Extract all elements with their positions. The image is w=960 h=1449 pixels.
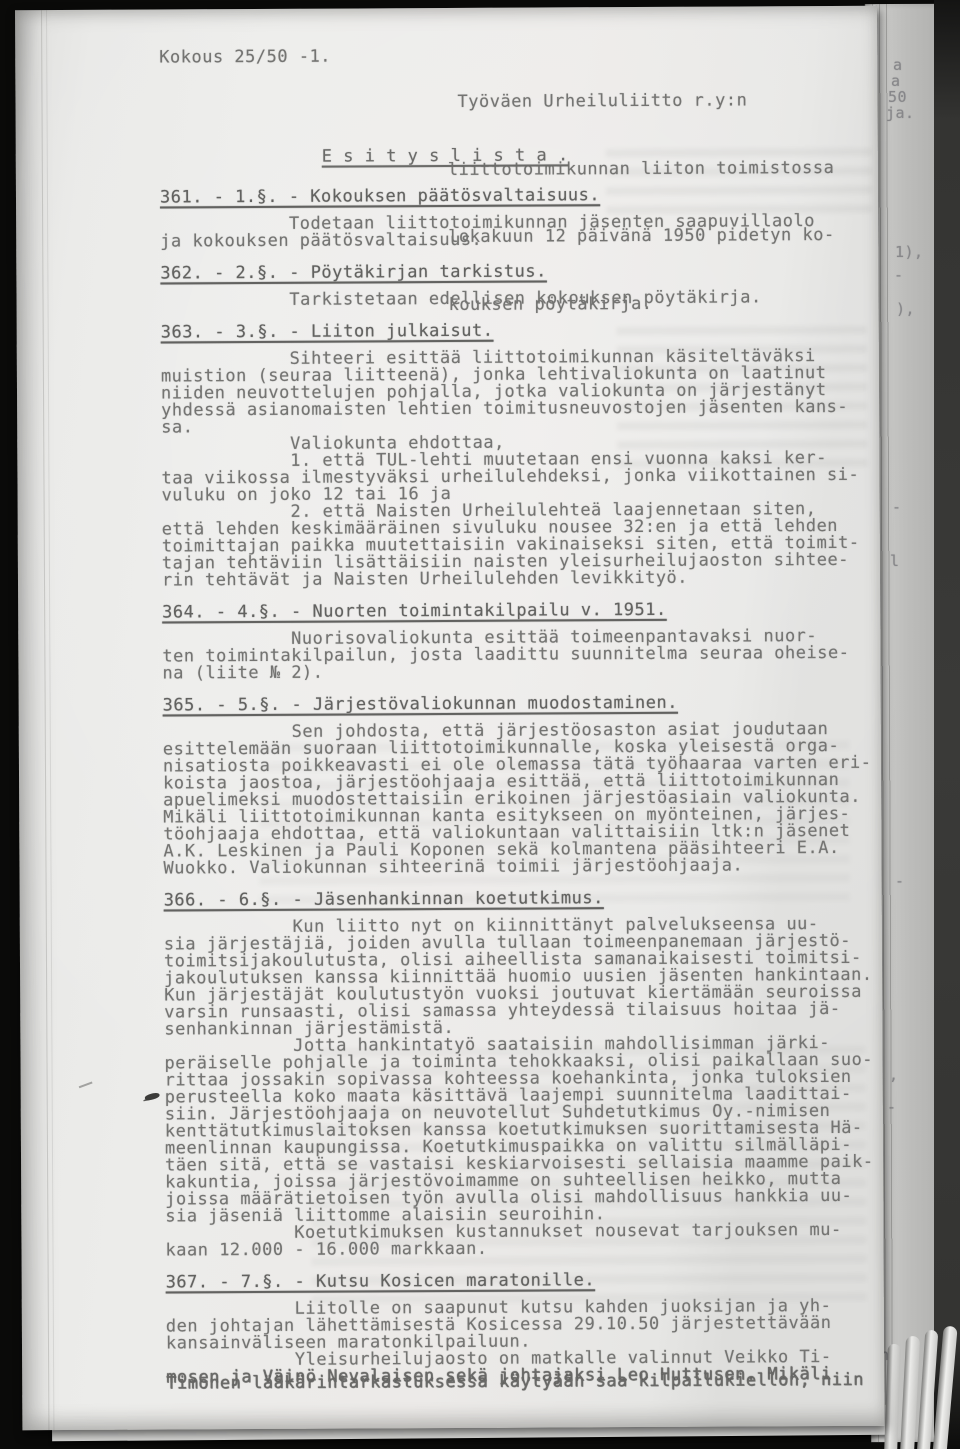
edge-text-fragment: - — [895, 872, 905, 890]
edge-text-fragment: , — [889, 1066, 899, 1084]
section-heading: 361. - 1.§. - Kokouksen päätösvaltaisuus… — [160, 186, 876, 207]
body-line: Timonen lääkärintarkastuksessa käytyään … — [166, 1372, 882, 1393]
ink-blot-artifact — [144, 1092, 160, 1101]
agenda-section: 363. - 3.§. - Liiton julkaisut. Sihteeri… — [161, 321, 878, 590]
agenda-section: 362. - 2.§. - Pöytäkirjan tarkistus. Tar… — [160, 262, 876, 310]
agenda-section: 364. - 4.§. - Nuorten toimintakilpailu v… — [162, 601, 878, 683]
edge-text-fragment: ja. — [886, 104, 915, 122]
agenda-section: 365. - 5.§. - Järjestövaliokunnan muodos… — [163, 694, 880, 878]
body-line: rin tehtävät ja Naisten Urheilulehden le… — [162, 569, 878, 590]
stray-mark-artifact — [79, 1082, 93, 1089]
sections: 361. - 1.§. - Kokouksen päätösvaltaisuus… — [160, 186, 882, 1393]
body-line: na (liite № 2). — [162, 662, 878, 683]
scanned-document-page: Kokous 25/50 -1. Työväen Urheiluliitto r… — [15, 6, 884, 1430]
section-heading: 367. - 7.§. - Kutsu Kosicen maratonille. — [166, 1271, 882, 1292]
edge-text-fragment: - — [892, 498, 902, 516]
body-line: Tarkistetaan edellisen kokouksen pöytäki… — [160, 289, 876, 310]
agenda-title: E s i t y s l i s t a . — [322, 147, 569, 165]
gutter-fold-line — [41, 10, 49, 1430]
body-line: kaan 12.000 - 16.000 markkaan. — [165, 1239, 881, 1260]
section-heading: 366. - 6.§. - Jäsenhankinnan koetutkimus… — [164, 889, 880, 910]
edge-text-fragment: 1), — [895, 243, 924, 261]
section-heading: 363. - 3.§. - Liiton julkaisut. — [161, 321, 877, 342]
edge-text-fragment: - — [887, 1098, 897, 1116]
edge-text-fragment: ), — [896, 300, 915, 318]
meeting-reference: Kokous 25/50 -1. — [159, 49, 331, 67]
edge-text-fragment: - — [894, 266, 904, 284]
agenda-section: 361. - 1.§. - Kokouksen päätösvaltaisuus… — [160, 186, 876, 251]
body-line: Wuokko. Valiokunnan sihteerinä toimii jä… — [163, 857, 879, 878]
section-heading: 365. - 5.§. - Järjestövaliokunnan muodos… — [163, 694, 879, 715]
agenda-section: 366. - 6.§. - Jäsenhankinnan koetutkimus… — [164, 889, 882, 1260]
body-line: ja kokouksen päätösvaltaisuus. — [160, 230, 876, 251]
edge-text-fragment: l — [890, 552, 900, 570]
binder-gap-shadow — [934, 0, 960, 1449]
header-line: Työväen Urheiluliitto r.y:n — [457, 89, 834, 113]
body-line: yhdessä asianomaisten lehtien toimitusne… — [161, 399, 877, 420]
section-heading: 362. - 2.§. - Pöytäkirjan tarkistus. — [160, 262, 876, 283]
agenda-section: 367. - 7.§. - Kutsu Kosicen maratonille.… — [166, 1271, 883, 1393]
section-heading: 364. - 4.§. - Nuorten toimintakilpailu v… — [162, 601, 878, 622]
